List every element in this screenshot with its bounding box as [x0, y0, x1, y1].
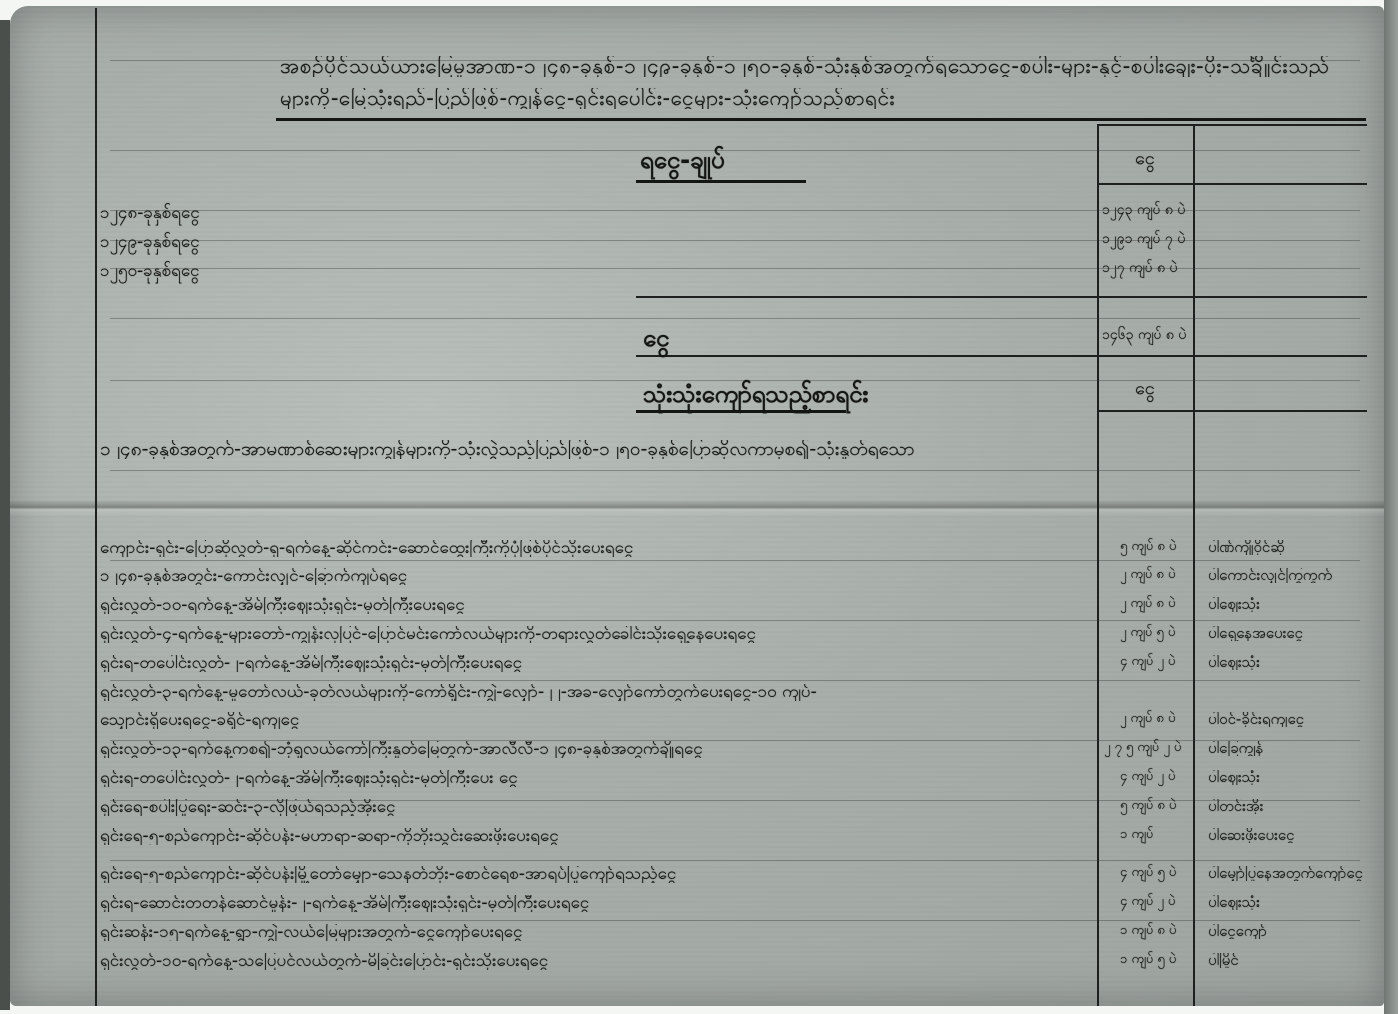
expense-row-text: ရှင်းရေ-စပါးပြုရေး-ဆင်း-၃-လိုဖြယ်ရသည့်အိ… — [100, 799, 1090, 816]
expense-row-text: ၁၂၄၈-ခုနှစ်အတွင်း-ကောင်းလျှင်-ခြောက်ကျပ်… — [100, 568, 1090, 585]
expense-row-text: ရှင်းလွှတ်-၄-ရက်နေ့-များတော်-ကျွန်းလှပြင… — [100, 626, 1090, 643]
expense-row-remark: ပါတင်းအိုး — [1208, 799, 1378, 814]
expense-row-amount: ၅ ကျပ် ၈ ပဲ — [1120, 799, 1176, 812]
expense-row-text: ရှင်းလွှတ်-၃-ရက်နေ့-မှုတော်လယ်-ခုတ်လယ်မျ… — [100, 684, 1090, 701]
expense-amount-header: ငွေ — [1135, 380, 1155, 398]
ruled-line — [110, 318, 1360, 319]
expense-row-amount: ၁ ကျပ် ၅ ပဲ — [1120, 953, 1176, 966]
expense-row-remark: ပါဝင်-ခိုင်းရကျငွေ — [1208, 712, 1378, 727]
expense-row-amount: ၄ ကျပ် ၂ ပဲ — [1120, 770, 1175, 783]
expense-row-text: သျှောင်းရှိပေးရငွေ-ခရိုင်-ရကျငွေ — [100, 712, 1090, 729]
ruled-line — [110, 860, 1360, 861]
income-row-amount: ၁၂၇ ကျပ် ၈ ပဲ — [1102, 261, 1177, 275]
expense-header-rule — [1097, 410, 1367, 412]
income-total-amount: ၁၄၆၃ ကျပ် ၈ ပဲ — [1102, 328, 1186, 342]
expense-row-amount: ၄ ကျပ် ၂ ပဲ — [1120, 895, 1175, 908]
expense-row-remark: ပါခြေကျွန် — [1208, 741, 1378, 756]
ruled-line — [110, 560, 1360, 561]
header-rule — [1097, 124, 1367, 126]
ruled-line — [110, 680, 1360, 681]
expense-row-amount: ၁ ကျပ် ၈ ပဲ — [1120, 924, 1176, 937]
expense-row-text: ရှင်းရေ-၅-စည်ကျောင်း-ဆိုင်ပန်းမြို့တော်မ… — [100, 866, 1090, 883]
expense-row-remark: ပါကောင်းလျှင်ကြွကွက် — [1208, 568, 1378, 583]
expense-row-amount: ၄ ကျပ် ၅ ပဲ — [1120, 866, 1176, 879]
expense-row-remark: ပါဆေးဖိုးပေးငွေ — [1208, 828, 1378, 843]
document-title-line-2: များကို-မြေသုံးရည်-ပြည်ဖြစ်-ကျွန်ငွေ-ရှင… — [280, 88, 1040, 109]
expense-row-remark: ပါငွေကျော် — [1208, 924, 1378, 939]
expense-intro: ၁၂၄၈-ခုနှစ်အတွက်-အာမဏာစ်ဆေးများကျွန်များ… — [100, 440, 1090, 459]
ruled-line — [110, 150, 1360, 151]
expense-row-amount: ၂ ကျပ် ၈ ပဲ — [1120, 597, 1175, 610]
amount-column-left-rule — [1097, 124, 1099, 1006]
income-subtotal-rule — [636, 296, 1367, 298]
expense-row-remark: ပါမျှော်ပြုနေအတွက်ကျော်ငွေ — [1208, 866, 1378, 881]
income-total-rule — [636, 355, 1367, 357]
ruled-line — [110, 920, 1360, 921]
ruled-line — [110, 470, 1360, 471]
expense-row-amount: ၂ ၇ ၅ ကျပ် ၂ ပဲ — [1104, 741, 1181, 754]
income-heading: ရငွေ-ချုပ် — [640, 148, 725, 172]
income-row-amount: ၁၂၉၁ ကျပ် ၇ ပဲ — [1102, 232, 1185, 246]
expense-row-remark: ပါမြိုင် — [1208, 953, 1378, 968]
expense-row-remark: ပါဈေးသုံး — [1208, 770, 1378, 785]
income-row-amount: ၁၂၄၃ ကျပ် ၈ ပဲ — [1102, 203, 1185, 217]
left-paper-edge — [0, 20, 10, 1010]
expense-row-amount: ၅ ကျပ် ၈ ပဲ — [1120, 540, 1176, 553]
paper-fold-crease — [10, 500, 1384, 516]
income-header-rule — [1097, 183, 1367, 185]
expense-row-amount: ၄ ကျပ် ၂ ပဲ — [1120, 655, 1175, 668]
expense-row-amount: ၂ ကျပ် ၈ ပဲ — [1120, 712, 1175, 725]
expense-heading: သုံးသုံးကျော်ရသည့်စာရင်း — [643, 382, 869, 406]
expense-row-text: ရှင်းလွှတ်-၁၀-ရက်နေ့-သပြေပင်လယ်တွက်-မိခြ… — [100, 953, 1090, 970]
expense-row-text: ရှင်းရ-တပေါင်းလွှတ်-၂-ရက်နေ့-အိမ်ကြီးဈေး… — [100, 655, 1090, 672]
expense-row-text: ရှင်းလွှတ်-၁၃-ရက်နေ့ကစ၍-ဘုံရှုလယ်ကော်ကြီ… — [100, 741, 1090, 758]
expense-row-remark: ပါဈေးသုံး — [1208, 655, 1378, 670]
income-row-label: ၁၂၅ဝ-ခုနှစ်ရငွေ — [100, 263, 200, 280]
expense-row-amount: ၁ ကျပ် — [1120, 828, 1153, 841]
expense-row-remark: ပါဈေးသုံး — [1208, 597, 1378, 612]
right-paper-edge — [1384, 0, 1398, 1014]
amount-column-header: ငွေ — [1135, 150, 1155, 168]
expense-row-remark: ပါရှေ့နေအပေးငွေ — [1208, 626, 1378, 641]
expense-row-text: ရှင်းလွှတ်-၁ဝ-ရက်နေ့-အိမ်ကြီးဈေးသုံးရှင်… — [100, 597, 1090, 614]
expense-row-amount: ၂ ကျပ် ၈ ပဲ — [1120, 568, 1175, 581]
income-row-label: ၁၂၄၉-ခုနှစ်ရငွေ — [100, 234, 200, 251]
ruled-line — [110, 620, 1360, 621]
expense-row-amount: ၂ ကျပ် ၅ ပဲ — [1120, 626, 1175, 639]
title-underline — [276, 118, 1366, 121]
expense-heading-underline — [636, 410, 846, 413]
expense-row-text: ရှင်းရ-တပေါင်းလွှတ်-၂-ရက်နေ့-အိမ်ကြီးဈေး… — [100, 770, 1090, 787]
expense-row-remark: ပါဈေးသုံး — [1208, 895, 1378, 910]
margin-rule — [95, 8, 97, 1006]
expense-row-text: ရှင်းရ-ဆောင်းတတန်ဆောင်မှုန်း-၂-ရက်နေ့-အိ… — [100, 895, 1090, 912]
expense-row-text: ရှင်းဆန်း-၁၅-ရက်နေ့-ရွာ-ကျွဲ-လယ်မြေများအ… — [100, 924, 1090, 941]
income-total-heading: ငွေ — [643, 326, 669, 350]
amount-column-right-rule — [1193, 124, 1195, 1006]
income-row-label: ၁၂၄၈-ခုနှစ်ရငွေ — [100, 205, 200, 222]
document-title-line-1: အစဉ်ပိုင်သယ်ယားမြေမှုအာဏ-၁၂၄၈-ခုနှစ်-၁၂၄… — [280, 56, 1360, 77]
income-heading-underline — [636, 180, 806, 183]
expense-row-remark: ပါဏ်ကျိုဝိုင်ဆို — [1208, 540, 1378, 555]
expense-row-text: ကျောင်း-ရှင်း-ပြောဆိုလွှတ်-ရှ-ရက်နေ့-ဆို… — [100, 540, 1090, 557]
expense-row-text: ရှင်းရေ-၅-စည်ကျောင်း-ဆိုင်ပန်း-မဟာရာ-ဆရာ… — [100, 828, 1090, 845]
